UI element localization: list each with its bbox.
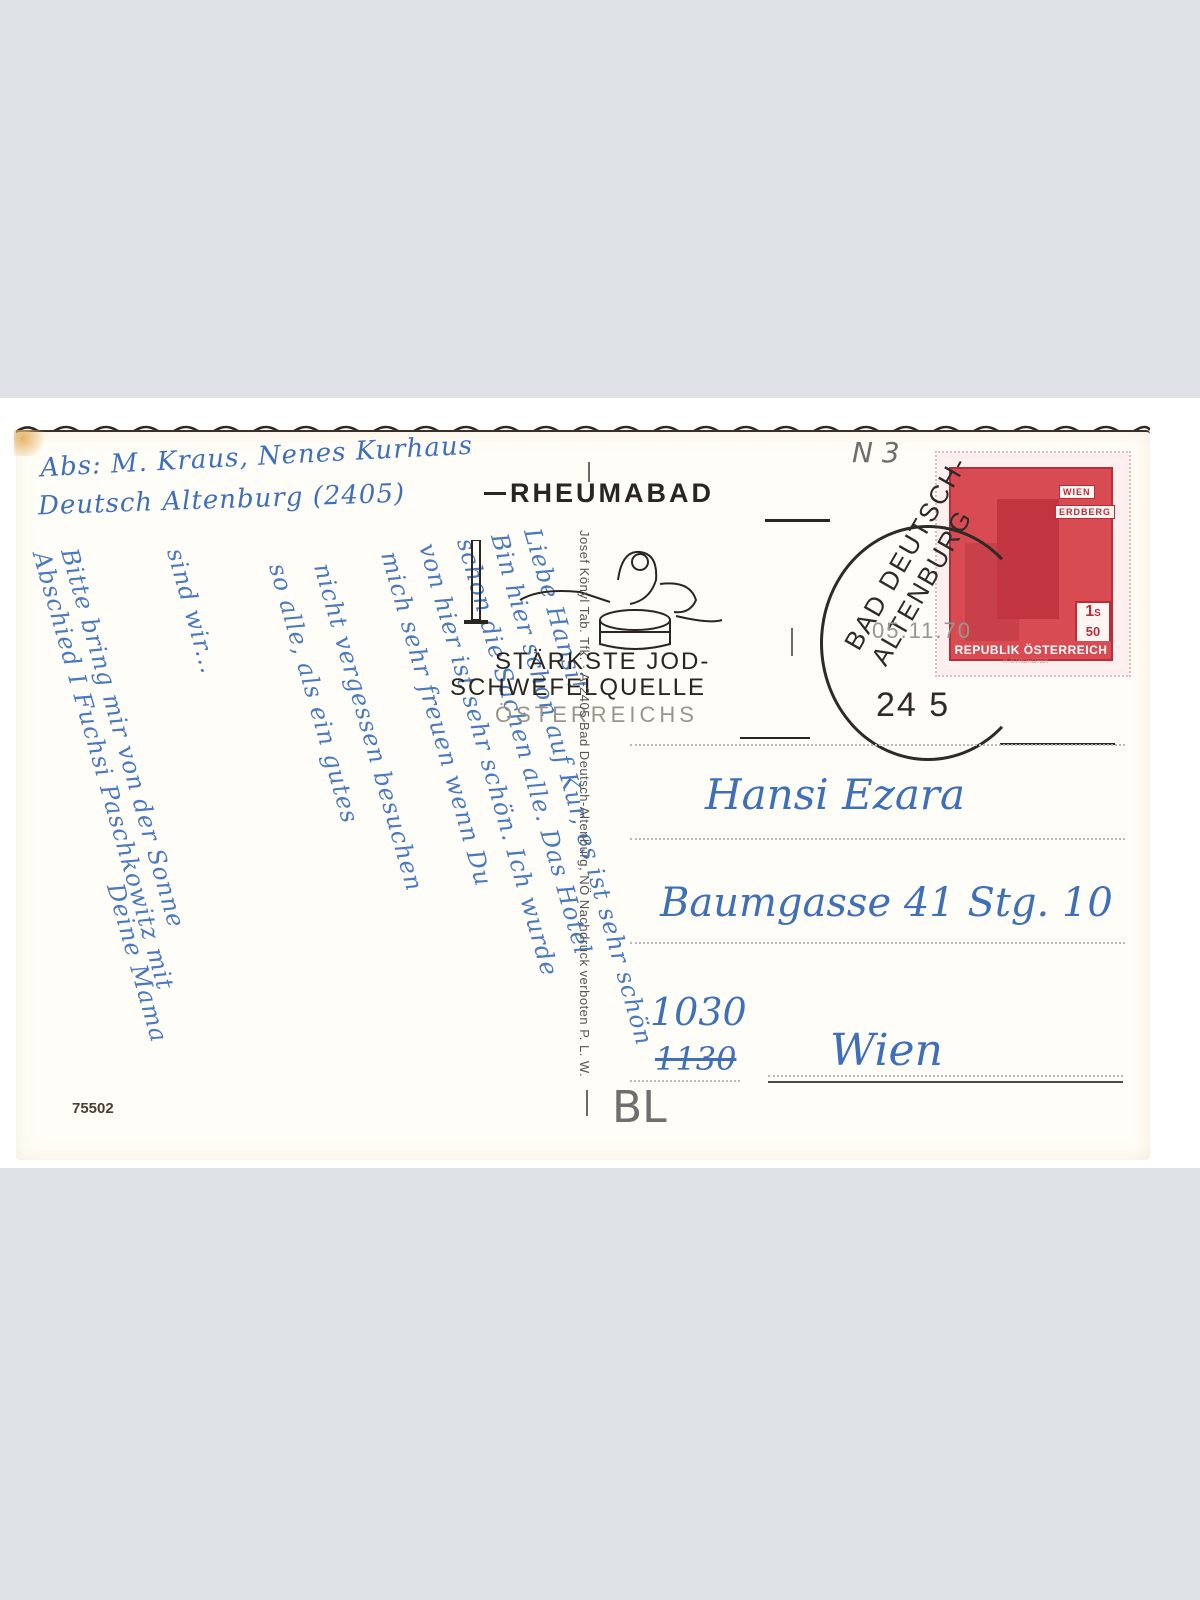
pencil-note-bottom: BL	[612, 1082, 667, 1133]
stamp-value-schilling: 1	[1085, 603, 1094, 620]
cancel-slogan-line1: RHEUMABAD	[510, 478, 714, 509]
cancel-slogan-line4: ÖSTERREICHS	[495, 702, 698, 728]
recipient-postcode: 1030	[650, 990, 747, 1034]
pencil-note-top: N 3	[852, 436, 900, 469]
stamp-place: ERDBERG	[1055, 505, 1115, 519]
postmark-date: 05.11.70	[872, 618, 972, 644]
stamp-value-groschen: 50	[1086, 624, 1100, 639]
divider-tick	[586, 1090, 588, 1116]
well-figure-illustration	[460, 540, 740, 650]
recipient-city: Wien	[830, 1025, 943, 1076]
address-line	[630, 942, 1125, 944]
cancel-bar	[484, 492, 506, 495]
card-number: 75502	[72, 1100, 114, 1117]
divider-tick	[588, 462, 590, 482]
cancel-slogan-line2: STÄRKSTE JOD-	[495, 648, 710, 676]
address-underline	[768, 1081, 1123, 1083]
address-line	[630, 744, 1125, 746]
divider-tick	[791, 628, 793, 656]
postmark-code: 24 5	[876, 686, 950, 725]
stamp-value-unit: S	[1094, 608, 1101, 619]
address-line	[630, 838, 1125, 840]
recipient-street: Baumgasse 41 Stg. 10	[660, 880, 1113, 926]
address-line	[768, 1075, 1123, 1077]
corner-stain	[14, 430, 44, 456]
cancel-bar	[765, 519, 830, 522]
recipient-name: Hansi Ezara	[705, 770, 965, 819]
publisher-imprint: Josef Könyl Tab. Tfk. · A-2405 Bad Deuts…	[577, 530, 592, 1077]
stamp-value: 1S 50	[1075, 601, 1111, 643]
address-line	[630, 1080, 740, 1082]
stamp-city: WIEN	[1059, 485, 1095, 499]
recipient-postcode-struck: 1130	[655, 1040, 736, 1078]
cancel-bar	[740, 737, 810, 739]
